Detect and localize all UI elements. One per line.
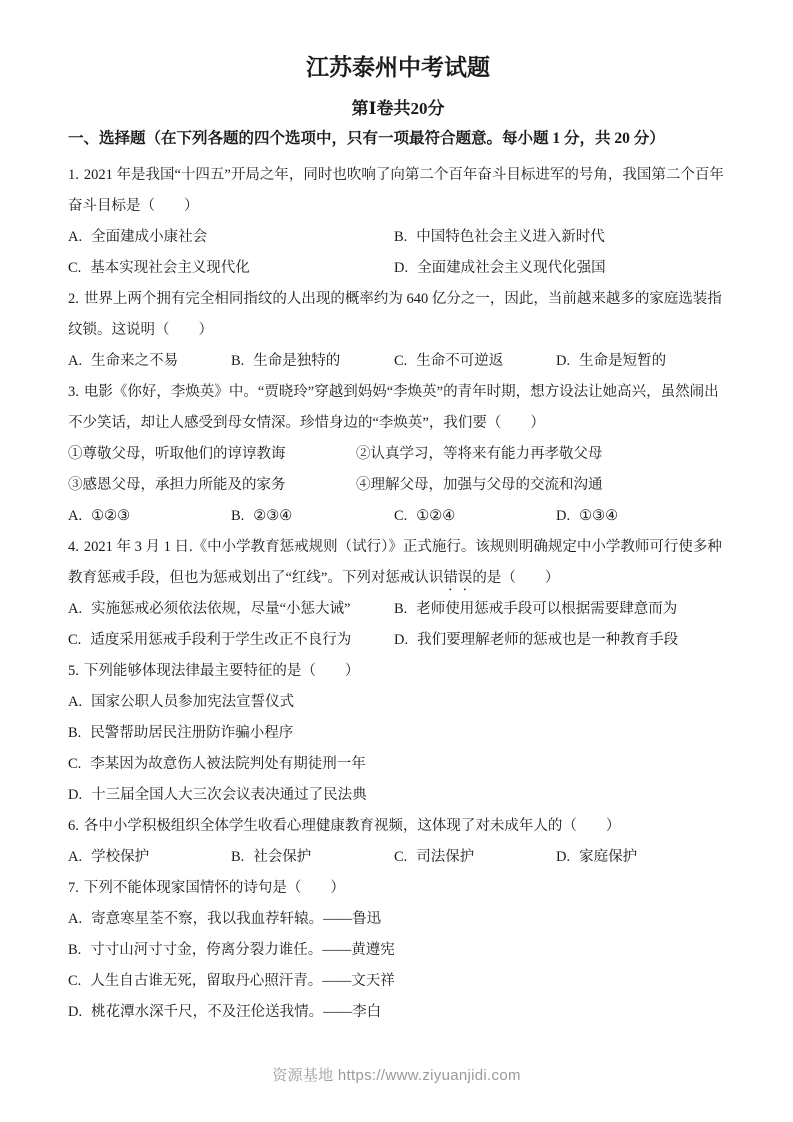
option-label: B. <box>394 601 407 617</box>
question-stem-text: 世界上两个拥有完全相同指纹的人出现的概率约为 640 亿分之一，因此，当前越来越… <box>68 291 722 338</box>
page-title: 江苏泰州中考试题 <box>68 52 728 84</box>
question-3: 3.电影《你好，李焕英》中。“贾晓玲”穿越到妈妈“李焕英”的青年时期，想方设法让… <box>68 377 728 532</box>
option-label: B. <box>231 849 244 865</box>
option-c: C.适度采用惩戒手段利于学生改正不良行为 <box>68 625 394 656</box>
option-text: 实施惩戒必须依法依规，尽量“小惩大诫” <box>91 601 350 617</box>
option-b: B.中国特色社会主义进入新时代 <box>394 222 728 253</box>
option-group: A.国家公职人员参加宪法宣誓仪式 B.民警帮助居民注册防诈骗小程序 C.李某因为… <box>68 687 728 811</box>
option-b: B.寸寸山河寸寸金，侉离分裂力谁任。——黄遵宪 <box>68 935 728 966</box>
option-text: 寸寸山河寸寸金，侉离分裂力谁任。——黄遵宪 <box>90 942 395 958</box>
option-text: 社会保护 <box>253 849 311 865</box>
option-b: B.民警帮助居民注册防诈骗小程序 <box>68 718 728 749</box>
option-a: A.全面建成小康社会 <box>68 222 394 253</box>
option-text: ①③④ <box>579 508 618 524</box>
statement-1: ①尊敬父母，听取他们的谆谆教诲 <box>68 439 356 470</box>
question-number: 6. <box>68 818 79 834</box>
option-label: B. <box>68 725 81 741</box>
option-label: C. <box>68 973 81 989</box>
question-stem-text: 下列能够体现法律最主要特征的是（ ） <box>84 663 360 679</box>
option-text: 李某因为故意伤人被法院判处有期徒刑一年 <box>90 756 366 772</box>
question-number: 1. <box>68 167 79 183</box>
statement-4: ④理解父母，加强与父母的交流和沟通 <box>356 470 728 501</box>
option-text: 我们要理解老师的惩戒也是一种教育手段 <box>417 632 678 648</box>
question-6: 6.各中小学积极组织全体学生收看心理健康教育视频，这体现了对未成年人的（ ） A… <box>68 811 728 873</box>
question-4: 4.2021 年 3 月 1 日.《中小学教育惩戒规则（试行）》正式施行。该规则… <box>68 532 728 656</box>
option-label: C. <box>394 508 407 524</box>
question-number: 7. <box>68 880 79 896</box>
question-stem-text: 下列不能体现家国情怀的诗句是（ ） <box>84 880 345 896</box>
option-group: A.①②③ B.②③④ C.①②④ D.①③④ <box>68 501 728 532</box>
option-label: A. <box>68 849 82 865</box>
question-2: 2.世界上两个拥有完全相同指纹的人出现的概率约为 640 亿分之一，因此，当前越… <box>68 284 728 377</box>
option-label: D. <box>394 632 408 648</box>
option-d: D.全面建成社会主义现代化强国 <box>394 253 728 284</box>
emphasized-word: 错误 <box>443 570 472 586</box>
option-text: 生命不可逆返 <box>416 353 503 369</box>
option-text: 寄意寒星荃不察，我以我血荐轩辕。——鲁迅 <box>91 911 381 927</box>
question-stem-text: 的是（ ） <box>472 570 559 586</box>
option-label: D. <box>556 353 570 369</box>
option-b: B.生命是独特的 <box>231 346 394 377</box>
option-text: 国家公职人员参加宪法宣誓仪式 <box>91 694 294 710</box>
option-b: B.②③④ <box>231 501 394 532</box>
option-text: 全面建成社会主义现代化强国 <box>417 260 606 276</box>
option-a: A.生命来之不易 <box>68 346 231 377</box>
question-1: 1.2021 年是我国“十四五”开局之年，同时也吹响了向第二个百年奋斗目标进军的… <box>68 160 728 284</box>
question-list: 1.2021 年是我国“十四五”开局之年，同时也吹响了向第二个百年奋斗目标进军的… <box>68 160 728 1028</box>
option-text: ②③④ <box>253 508 292 524</box>
question-number: 4. <box>68 539 79 555</box>
option-label: D. <box>556 508 570 524</box>
option-label: D. <box>394 260 408 276</box>
option-group: A.学校保护 B.社会保护 C.司法保护 D.家庭保护 <box>68 842 728 873</box>
page-subtitle: 第Ⅰ卷共20分 <box>68 96 728 122</box>
question-stem: 6.各中小学积极组织全体学生收看心理健康教育视频，这体现了对未成年人的（ ） <box>68 811 728 842</box>
option-d: D.家庭保护 <box>556 842 728 873</box>
option-text: 学校保护 <box>91 849 149 865</box>
option-label: A. <box>68 508 82 524</box>
option-label: C. <box>394 353 407 369</box>
option-text: 生命是独特的 <box>253 353 340 369</box>
question-number: 2. <box>68 291 79 307</box>
option-label: B. <box>231 353 244 369</box>
option-b: B.老师使用惩戒手段可以根据需要肆意而为 <box>394 594 728 625</box>
option-text: 全面建成小康社会 <box>91 229 207 245</box>
option-c: C.生命不可逆返 <box>394 346 556 377</box>
option-label: A. <box>68 694 82 710</box>
statement-3: ③感恩父母，承担力所能及的家务 <box>68 470 356 501</box>
option-text: 十三届全国人大三次会议表决通过了民法典 <box>91 787 367 803</box>
option-text: ①②④ <box>416 508 455 524</box>
option-c: C.人生自古谁无死，留取丹心照汗青。——文天祥 <box>68 966 728 997</box>
option-label: B. <box>68 942 81 958</box>
option-text: 生命来之不易 <box>91 353 178 369</box>
option-d: D.我们要理解老师的惩戒也是一种教育手段 <box>394 625 728 656</box>
option-group: A.全面建成小康社会 B.中国特色社会主义进入新时代 C.基本实现社会主义现代化… <box>68 222 728 284</box>
option-text: 桃花潭水深千尺，不及汪伦送我情。——李白 <box>91 1004 381 1020</box>
question-number: 5. <box>68 663 79 679</box>
question-7: 7.下列不能体现家国情怀的诗句是（ ） A.寄意寒星荃不察，我以我血荐轩辕。——… <box>68 873 728 1028</box>
footer-watermark: 资源基地 https://www.ziyuanjidi.com <box>0 1064 793 1085</box>
option-label: C. <box>68 632 81 648</box>
question-5: 5.下列能够体现法律最主要特征的是（ ） A.国家公职人员参加宪法宣誓仪式 B.… <box>68 656 728 811</box>
option-d: D.桃花潭水深千尺，不及汪伦送我情。——李白 <box>68 997 728 1028</box>
option-label: A. <box>68 911 82 927</box>
option-group: A.生命来之不易 B.生命是独特的 C.生命不可逆返 D.生命是短暂的 <box>68 346 728 377</box>
option-label: D. <box>68 1004 82 1020</box>
question-stem: 5.下列能够体现法律最主要特征的是（ ） <box>68 656 728 687</box>
option-text: 生命是短暂的 <box>579 353 666 369</box>
option-a: A.①②③ <box>68 501 231 532</box>
option-label: B. <box>394 229 407 245</box>
option-label: C. <box>394 849 407 865</box>
option-label: D. <box>556 849 570 865</box>
option-text: 民警帮助居民注册防诈骗小程序 <box>90 725 293 741</box>
question-stem: 3.电影《你好，李焕英》中。“贾晓玲”穿越到妈妈“李焕英”的青年时期，想方设法让… <box>68 377 728 439</box>
option-group: A.实施惩戒必须依法依规，尽量“小惩大诫” B.老师使用惩戒手段可以根据需要肆意… <box>68 594 728 656</box>
option-c: C.基本实现社会主义现代化 <box>68 253 394 284</box>
option-d: D.①③④ <box>556 501 728 532</box>
option-text: 适度采用惩戒手段利于学生改正不良行为 <box>90 632 351 648</box>
option-label: A. <box>68 601 82 617</box>
question-number: 3. <box>68 384 79 400</box>
question-stem-text: 电影《你好，李焕英》中。“贾晓玲”穿越到妈妈“李焕英”的青年时期，想方设法让她高… <box>68 384 719 431</box>
exam-page: 江苏泰州中考试题 第Ⅰ卷共20分 一、选择题（在下列各题的四个选项中，只有一项最… <box>0 0 793 1028</box>
option-label: C. <box>68 756 81 772</box>
option-text: ①②③ <box>91 508 130 524</box>
option-d: D.生命是短暂的 <box>556 346 728 377</box>
question-stem-text: 各中小学积极组织全体学生收看心理健康教育视频，这体现了对未成年人的（ ） <box>84 818 621 834</box>
option-text: 人生自古谁无死，留取丹心照汗青。——文天祥 <box>90 973 395 989</box>
section-heading: 一、选择题（在下列各题的四个选项中，只有一项最符合题意。每小题 1 分，共 20… <box>68 126 728 152</box>
option-text: 司法保护 <box>416 849 474 865</box>
option-label: A. <box>68 229 82 245</box>
option-text: 中国特色社会主义进入新时代 <box>416 229 605 245</box>
option-text: 家庭保护 <box>579 849 637 865</box>
option-label: C. <box>68 260 81 276</box>
question-stem-text: 2021 年 3 月 1 日.《中小学教育惩戒规则（试行）》正式施行。该规则明确… <box>68 539 722 586</box>
option-c: C.李某因为故意伤人被法院判处有期徒刑一年 <box>68 749 728 780</box>
option-label: A. <box>68 353 82 369</box>
statement-2: ②认真学习，等将来有能力再孝敬父母 <box>356 439 728 470</box>
option-c: C.①②④ <box>394 501 556 532</box>
option-text: 基本实现社会主义现代化 <box>90 260 250 276</box>
option-label: B. <box>231 508 244 524</box>
question-stem: 1.2021 年是我国“十四五”开局之年，同时也吹响了向第二个百年奋斗目标进军的… <box>68 160 728 222</box>
statement-group: ①尊敬父母，听取他们的谆谆教诲 ②认真学习，等将来有能力再孝敬父母 ③感恩父母，… <box>68 439 728 501</box>
option-label: D. <box>68 787 82 803</box>
option-a: A.寄意寒星荃不察，我以我血荐轩辕。——鲁迅 <box>68 904 728 935</box>
option-b: B.社会保护 <box>231 842 394 873</box>
option-a: A.实施惩戒必须依法依规，尽量“小惩大诫” <box>68 594 394 625</box>
question-stem: 4.2021 年 3 月 1 日.《中小学教育惩戒规则（试行）》正式施行。该规则… <box>68 532 728 594</box>
question-stem-text: 2021 年是我国“十四五”开局之年，同时也吹响了向第二个百年奋斗目标进军的号角… <box>68 167 724 214</box>
option-a: A.国家公职人员参加宪法宣誓仪式 <box>68 687 728 718</box>
option-c: C.司法保护 <box>394 842 556 873</box>
option-group: A.寄意寒星荃不察，我以我血荐轩辕。——鲁迅 B.寸寸山河寸寸金，侉离分裂力谁任… <box>68 904 728 1028</box>
option-text: 老师使用惩戒手段可以根据需要肆意而为 <box>416 601 677 617</box>
question-stem: 7.下列不能体现家国情怀的诗句是（ ） <box>68 873 728 904</box>
question-stem: 2.世界上两个拥有完全相同指纹的人出现的概率约为 640 亿分之一，因此，当前越… <box>68 284 728 346</box>
option-a: A.学校保护 <box>68 842 231 873</box>
option-d: D.十三届全国人大三次会议表决通过了民法典 <box>68 780 728 811</box>
